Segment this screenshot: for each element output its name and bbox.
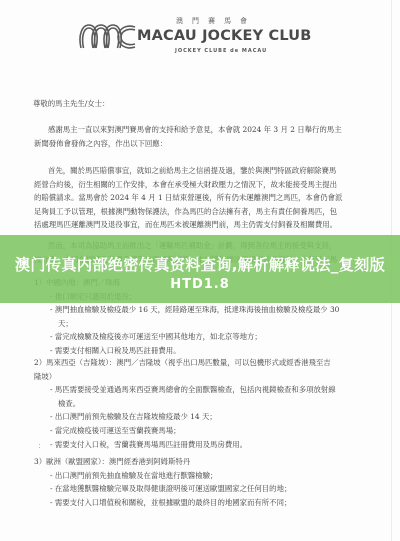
club-name-english: MACAU JOCKEY CLUB [137,28,312,44]
bullet-item: - 需要支付入口增值稅和關稅，並根據歐盟的最終目的地國家而有所不同； [34,496,360,510]
bullet-item: - 馬匹需要接受並通過馬來西亞賽馬總會的全面獸醫檢查，包括內視鏡檢查和多項放射線 [34,383,360,397]
bullet-item: - 出口澳門前預先檢驗及在吉隆坡檢疫最少 14 天； [34,410,360,424]
paragraph-line: 經營合約後，衍生相關的工作安排，本會在承受極大財政壓力之情況下，故未能接受馬主提… [34,178,360,192]
overlay-version: HTD1.8 [0,277,400,292]
horseshoes-logo-icon [78,21,136,51]
stray-punctuation: ： [38,441,45,451]
bullet-item-continued: 天； [34,317,360,331]
paragraph-line: 括處理馬匹運離澳門及退役事宜，而在馬匹未被運離澳門前，馬主仍需支付飼養及相關費用… [34,218,360,232]
overlay-headline: 澳门传真内部绝密传真资料查询,解析解释说法_复刻版 [0,254,400,275]
section-title: 3）歐洲（歐盟國家）：澳門經香港到阿姆斯特丹 [34,455,360,469]
bullet-item: - 當完成檢驗及檢疫後亦可運送至中國其他地方，如北京等地方； [34,330,360,344]
club-name-chinese: 澳門賽馬會 [176,16,316,26]
bullet-item: - 當完成檢疫後可運送至雪蘭莪賽馬場； [34,424,360,438]
bullet-item: - 需要支付入口稅，雪蘭莪賽馬場馬匹註冊費用及馬房費用。 [34,438,360,452]
paragraph-line: 足夠員工予以管理，根據澳門動物保護法，作為馬匹的合法擁有者，馬主有責任飼養馬匹，… [34,205,360,219]
paragraph-line: 首先，關於馬匹賠償事宜，就如之前給馬主之信函提及過，鑒於與澳門特區政府解除賽馬 [34,164,360,178]
bullet-item: - 在當地獲獸醫檢驗完畢及取得健康證明後可運送歐盟國家之任何目的地； [34,482,360,496]
intro-paragraph: 感謝馬主一直以來對澳門賽馬會的支持和給予意見，本會就 2024 年 3 月 2 … [34,123,360,150]
intro-line: 新聞發佈會發佈之內容，作出以下回應： [34,137,360,151]
bullet-item: - 出口澳門前預先抽血檢驗及在當地進行獸醫檢驗； [34,469,360,483]
salutation: 尊敬的馬主先生/女士： [33,97,109,111]
section-malaysia: 2）馬來西亞（吉隆坡）：澳門／吉隆坡（視乎出口馬匹數量，可以包機形式或經香港飛至… [34,356,360,451]
letterhead: 澳門賽馬會 MACAU JOCKEY CLUB JOCKEY CLUBE de … [76,7,336,53]
section-title: 2）馬來西亞（吉隆坡）：澳門／吉隆坡（視乎出口馬匹數量，可以包機形式或經香港飛至… [34,356,360,370]
bullet-item-continued: 檢查。 [34,397,360,411]
bullet-item: - 澳門抽血檢驗及檢疫最少 16 天，經陸路運至珠海，抵達珠海後抽血檢驗及檢疫最… [34,303,360,317]
intro-line: 感謝馬主一直以來對澳門賽馬會的支持和給予意見，本會就 2024 年 3 月 2 … [34,123,360,137]
section-title-continued: 隆坡） [34,370,360,384]
club-name-portuguese: JOCKEY CLUBE de MACAU [175,48,267,54]
section-europe: 3）歐洲（歐盟國家）：澳門經香港到阿姆斯特丹 - 出口澳門前預先抽血檢驗及在當地… [34,455,360,509]
compensation-paragraph: 首先，關於馬匹賠償事宜，就如之前給馬主之信函提及過，鑒於與澳門特區政府解除賽馬 … [34,164,360,232]
paragraph-line: 的賠償請求。當馬會於 2024 年 4 月 1 日結束營運後，所有仍未運離澳門之… [34,191,360,205]
